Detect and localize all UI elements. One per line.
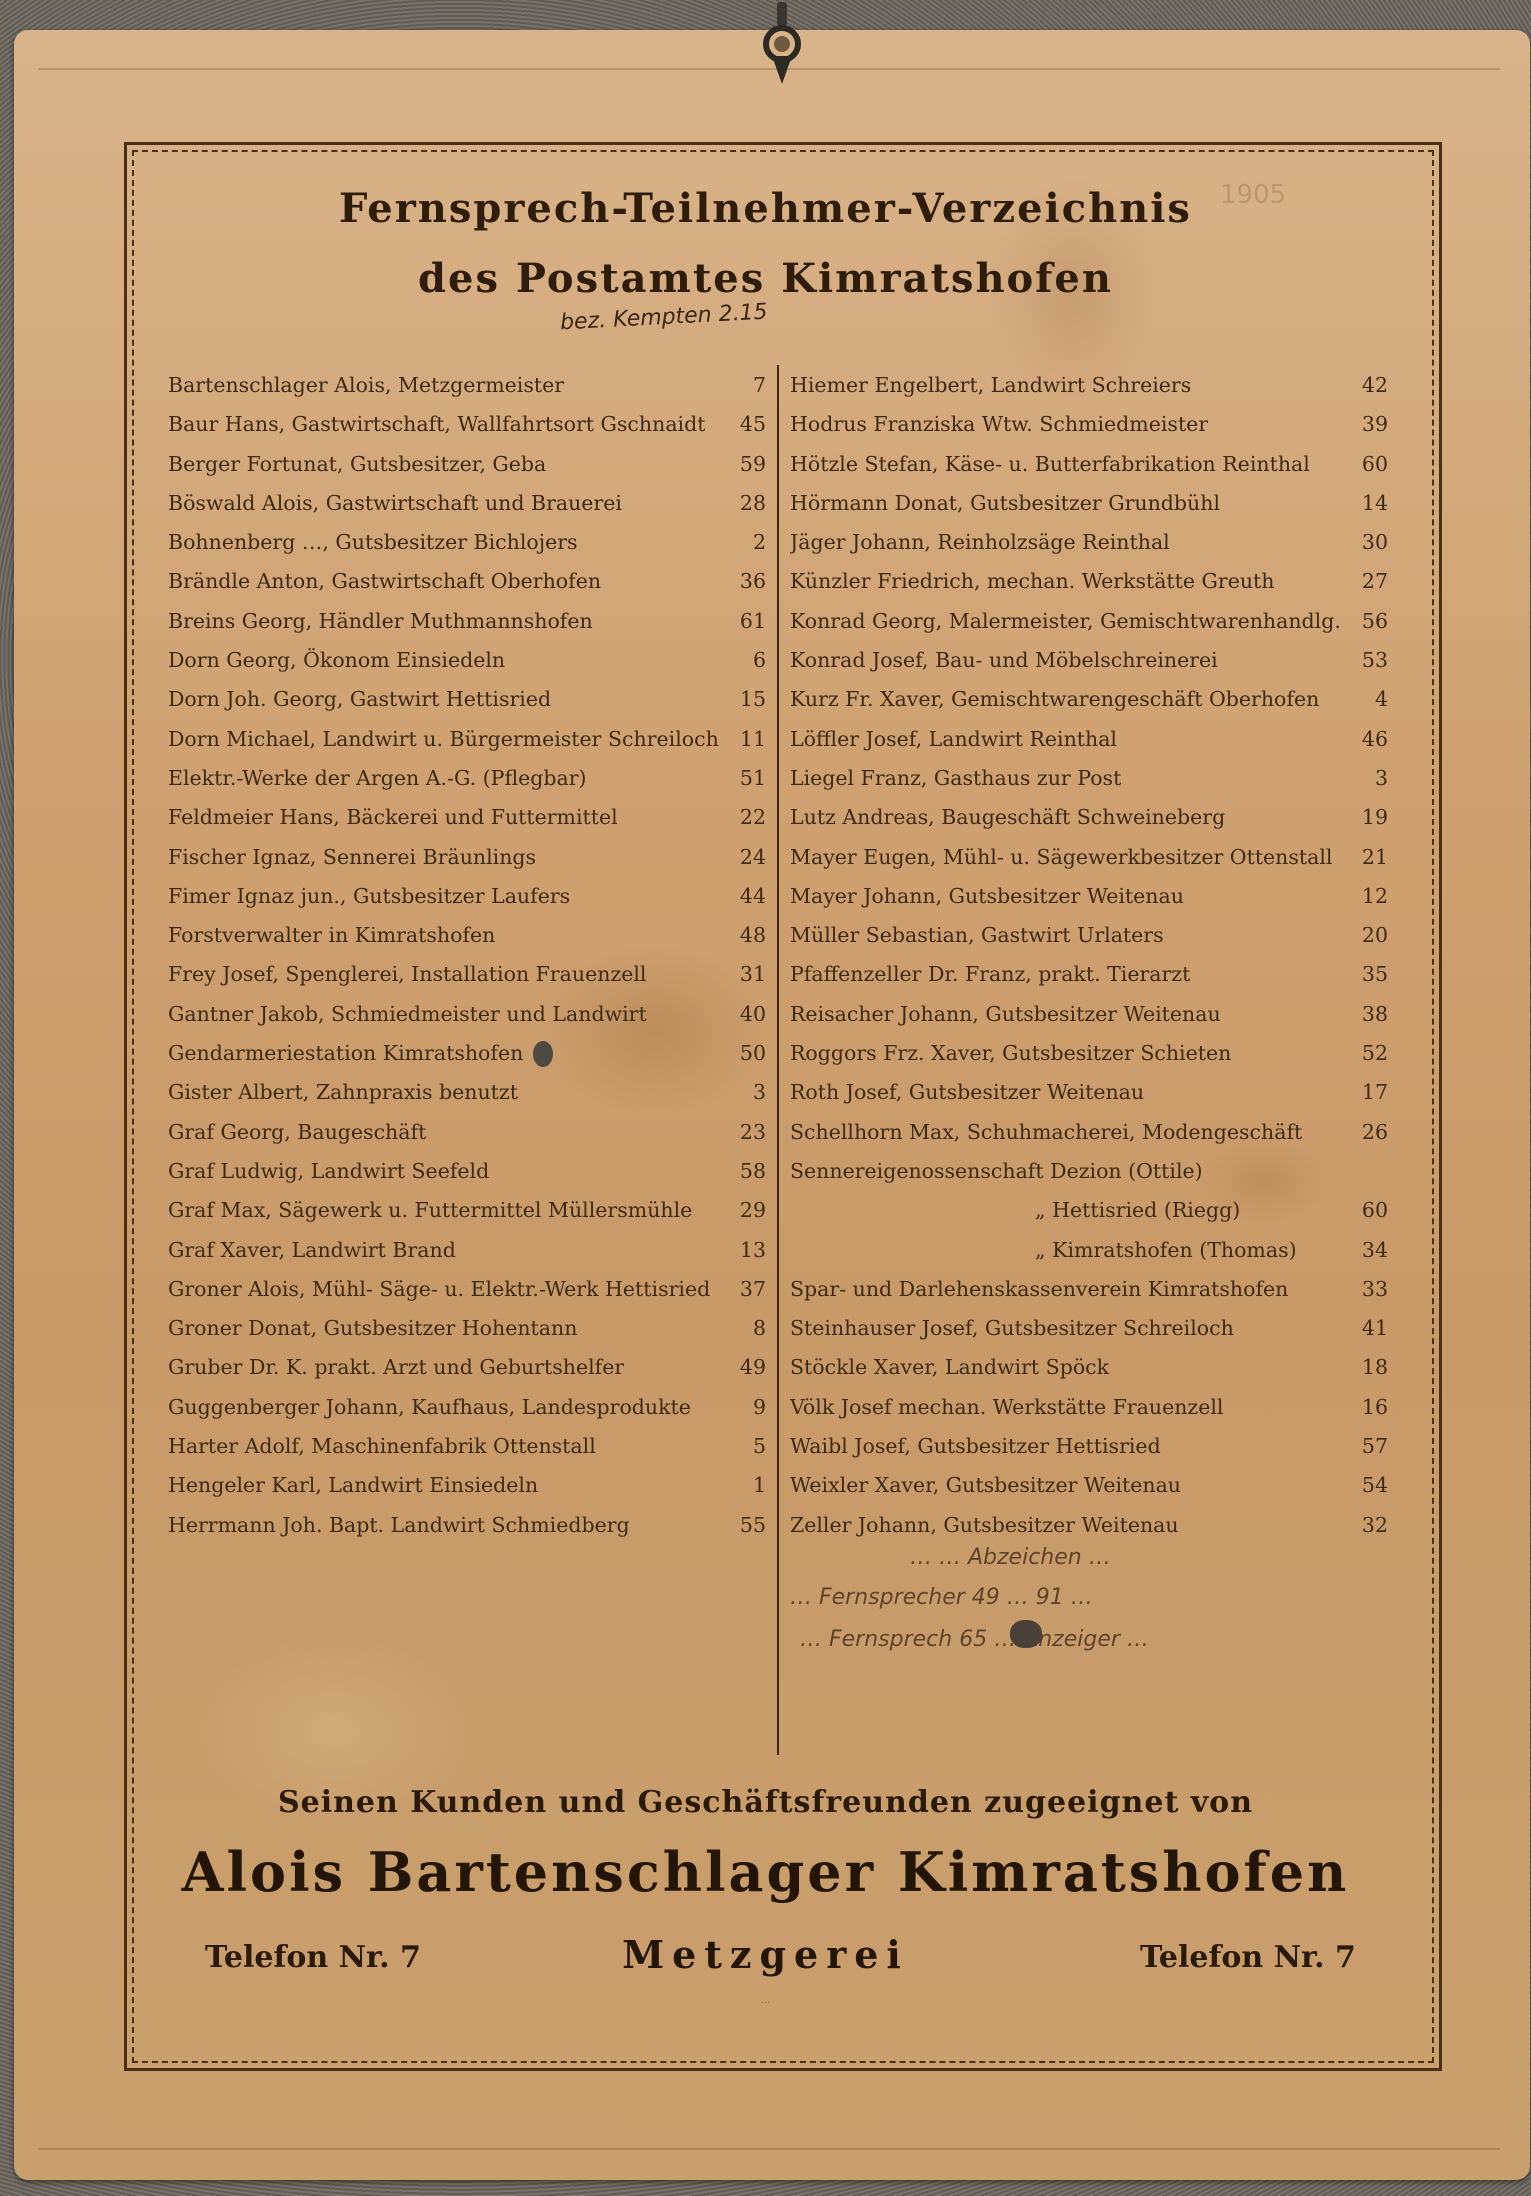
subscriber-name: Frey Josef, Spenglerei, Installation Fra…: [168, 955, 647, 994]
phone-number: 49: [732, 1348, 766, 1387]
subscriber-entry: Fischer Ignaz, Sennerei Bräunlings24: [168, 838, 766, 877]
subscriber-entry: Frey Josef, Spenglerei, Installation Fra…: [168, 955, 766, 994]
phone-number: 56: [1354, 602, 1388, 641]
subscriber-name: Fimer Ignaz jun., Gutsbesitzer Laufers: [168, 877, 570, 916]
phone-number: 50: [732, 1034, 766, 1073]
subscriber-entry: Roggors Frz. Xaver, Gutsbesitzer Schiete…: [790, 1034, 1388, 1073]
subscriber-name: Guggenberger Johann, Kaufhaus, Landespro…: [168, 1388, 691, 1427]
subscriber-name: Bohnenberg …, Gutsbesitzer Bichlojers: [168, 523, 578, 562]
phone-number: 9: [732, 1388, 766, 1427]
phone-number: 8: [732, 1309, 766, 1348]
subscriber-name: Herrmann Joh. Bapt. Landwirt Schmiedberg: [168, 1506, 630, 1545]
phone-number: 32: [1354, 1506, 1388, 1545]
footer-dedication: Seinen Kunden und Geschäftsfreunden zuge…: [0, 1785, 1531, 1820]
handwritten-line-3: … Fernsprech 65 … Anzeiger …: [800, 1627, 1149, 1652]
subscriber-entry: Bartenschlager Alois, Metzgermeister7: [168, 366, 766, 405]
subscriber-name: Feldmeier Hans, Bäckerei und Futtermitte…: [168, 798, 618, 837]
phone-number: 23: [732, 1113, 766, 1152]
phone-number: 5: [732, 1427, 766, 1466]
subscriber-name: Forstverwalter in Kimratshofen: [168, 916, 495, 955]
subscriber-entry: Hörmann Donat, Gutsbesitzer Grundbühl14: [790, 484, 1388, 523]
subscriber-entry: Harter Adolf, Maschinenfabrik Ottenstall…: [168, 1427, 766, 1466]
subscriber-entry: Groner Donat, Gutsbesitzer Hohentann8: [168, 1309, 766, 1348]
phone-number: 44: [732, 877, 766, 916]
subscriber-name: Künzler Friedrich, mechan. Werkstätte Gr…: [790, 562, 1275, 601]
subscriber-entry: Roth Josef, Gutsbesitzer Weitenau17: [790, 1073, 1388, 1112]
subscriber-entry: Hiemer Engelbert, Landwirt Schreiers42: [790, 366, 1388, 405]
phone-number: 16: [1354, 1388, 1388, 1427]
subscriber-entry: Mayer Eugen, Mühl- u. Sägewerkbesitzer O…: [790, 838, 1388, 877]
phone-number: 40: [732, 995, 766, 1034]
subscriber-entry: Feldmeier Hans, Bäckerei und Futtermitte…: [168, 798, 766, 837]
subscriber-entry: Herrmann Joh. Bapt. Landwirt Schmiedberg…: [168, 1506, 766, 1545]
subscriber-name: Harter Adolf, Maschinenfabrik Ottenstall: [168, 1427, 596, 1466]
phone-number: 37: [732, 1270, 766, 1309]
phone-number: 34: [1354, 1231, 1388, 1270]
subscriber-name: Graf Ludwig, Landwirt Seefeld: [168, 1152, 489, 1191]
phone-number: 29: [732, 1191, 766, 1230]
subscriber-entry: „ Kimratshofen (Thomas)34: [790, 1231, 1388, 1270]
phone-number: 28: [732, 484, 766, 523]
subscriber-name: „ Hettisried (Riegg): [790, 1191, 1240, 1230]
subscriber-name: Brändle Anton, Gastwirtschaft Oberhofen: [168, 562, 601, 601]
phone-number: 48: [732, 916, 766, 955]
subscriber-entry: Berger Fortunat, Gutsbesitzer, Geba59: [168, 445, 766, 484]
subscriber-entry: Dorn Georg, Ökonom Einsiedeln6: [168, 641, 766, 680]
phone-number: 26: [1354, 1113, 1388, 1152]
subscriber-entry: Graf Ludwig, Landwirt Seefeld58: [168, 1152, 766, 1191]
subscriber-entry: Guggenberger Johann, Kaufhaus, Landespro…: [168, 1388, 766, 1427]
subscriber-name: Reisacher Johann, Gutsbesitzer Weitenau: [790, 995, 1221, 1034]
subscriber-name: Gendarmeriestation Kimratshofen: [168, 1034, 523, 1073]
subscriber-name: Sennereigenossenschaft Dezion (Ottile): [790, 1152, 1203, 1191]
subscriber-entry: Gruber Dr. K. prakt. Arzt und Geburtshel…: [168, 1348, 766, 1387]
column-divider: [777, 365, 779, 1755]
subscriber-name: „ Kimratshofen (Thomas): [790, 1231, 1297, 1270]
phone-number: 35: [1354, 955, 1388, 994]
phone-number: 39: [1354, 405, 1388, 444]
subscriber-entry: Völk Josef mechan. Werkstätte Frauenzell…: [790, 1388, 1388, 1427]
subscriber-name: Hiemer Engelbert, Landwirt Schreiers: [790, 366, 1191, 405]
phone-number: 45: [732, 405, 766, 444]
handwritten-line-1: … … Abzeichen …: [910, 1545, 1111, 1570]
subscriber-name: Graf Georg, Baugeschäft: [168, 1113, 426, 1152]
subscriber-name: Graf Max, Sägewerk u. Futtermittel Mülle…: [168, 1191, 692, 1230]
subscriber-name: Waibl Josef, Gutsbesitzer Hettisried: [790, 1427, 1161, 1466]
subscriber-entry: Baur Hans, Gastwirtschaft, Wallfahrtsort…: [168, 405, 766, 444]
advertiser-name: Alois Bartenschlager Kimratshofen: [0, 1840, 1531, 1904]
subscriber-name: Dorn Michael, Landwirt u. Bürgermeister …: [168, 720, 719, 759]
phone-number: 17: [1354, 1073, 1388, 1112]
subscriber-name: Berger Fortunat, Gutsbesitzer, Geba: [168, 445, 546, 484]
subscriber-name: Gantner Jakob, Schmiedmeister und Landwi…: [168, 995, 647, 1034]
subscriber-name: Hengeler Karl, Landwirt Einsiedeln: [168, 1466, 538, 1505]
subscriber-entry: Spar- und Darlehenskassenverein Kimratsh…: [790, 1270, 1388, 1309]
subscriber-name: Lutz Andreas, Baugeschäft Schweineberg: [790, 798, 1225, 837]
phone-number: 53: [1354, 641, 1388, 680]
subscriber-name: Böswald Alois, Gastwirtschaft und Brauer…: [168, 484, 622, 523]
subscriber-entry: Pfaffenzeller Dr. Franz, prakt. Tierarzt…: [790, 955, 1388, 994]
printer-note: …: [0, 1995, 1531, 2006]
subscriber-name: Graf Xaver, Landwirt Brand: [168, 1231, 456, 1270]
subscriber-name: Zeller Johann, Gutsbesitzer Weitenau: [790, 1506, 1179, 1545]
subscriber-entry: Dorn Michael, Landwirt u. Bürgermeister …: [168, 720, 766, 759]
subscriber-entry: Fimer Ignaz jun., Gutsbesitzer Laufers44: [168, 877, 766, 916]
subscriber-entry: Hengeler Karl, Landwirt Einsiedeln1: [168, 1466, 766, 1505]
phone-number: 31: [732, 955, 766, 994]
subscriber-entry: Kurz Fr. Xaver, Gemischtwarengeschäft Ob…: [790, 680, 1388, 719]
subscriber-name: Völk Josef mechan. Werkstätte Frauenzell: [790, 1388, 1223, 1427]
subscriber-entry: Sennereigenossenschaft Dezion (Ottile): [790, 1152, 1388, 1191]
subscriber-entry: Lutz Andreas, Baugeschäft Schweineberg19: [790, 798, 1388, 837]
subscriber-name: Hötzle Stefan, Käse- u. Butterfabrikatio…: [790, 445, 1310, 484]
subscriber-entry: Gister Albert, Zahnpraxis benutzt3: [168, 1073, 766, 1112]
subscriber-name: Löffler Josef, Landwirt Reinthal: [790, 720, 1117, 759]
handwritten-line-2: … Fernsprecher 49 … 91 …: [790, 1585, 1093, 1610]
subscriber-entry: Brändle Anton, Gastwirtschaft Oberhofen3…: [168, 562, 766, 601]
subscriber-entry: Hodrus Franziska Wtw. Schmiedmeister39: [790, 405, 1388, 444]
phone-number: 6: [732, 641, 766, 680]
subscriber-entry: Dorn Joh. Georg, Gastwirt Hettisried15: [168, 680, 766, 719]
subscriber-entry: „ Hettisried (Riegg)60: [790, 1191, 1388, 1230]
subscriber-entry: Schellhorn Max, Schuhmacherei, Modengesc…: [790, 1113, 1388, 1152]
ink-spot: [533, 1041, 553, 1067]
subscriber-entry: Müller Sebastian, Gastwirt Urlaters20: [790, 916, 1388, 955]
phone-number: 60: [1354, 445, 1388, 484]
phone-number: 20: [1354, 916, 1388, 955]
subscriber-entry: Bohnenberg …, Gutsbesitzer Bichlojers2: [168, 523, 766, 562]
phone-number: 38: [1354, 995, 1388, 1034]
phone-number: 60: [1354, 1191, 1388, 1230]
subscriber-name: Roggors Frz. Xaver, Gutsbesitzer Schiete…: [790, 1034, 1231, 1073]
phone-number: 19: [1354, 798, 1388, 837]
phone-number: 54: [1354, 1466, 1388, 1505]
subscriber-entry: Künzler Friedrich, mechan. Werkstätte Gr…: [790, 562, 1388, 601]
phone-number: 3: [732, 1073, 766, 1112]
subscriber-entry: Reisacher Johann, Gutsbesitzer Weitenau3…: [790, 995, 1388, 1034]
subscriber-entry: Liegel Franz, Gasthaus zur Post3: [790, 759, 1388, 798]
subscriber-name: Breins Georg, Händler Muthmannshofen: [168, 602, 593, 641]
subscriber-entry: Steinhauser Josef, Gutsbesitzer Schreilo…: [790, 1309, 1388, 1348]
subscriber-name: Konrad Georg, Malermeister, Gemischtware…: [790, 602, 1341, 641]
phone-number: 12: [1354, 877, 1388, 916]
document-title: Fernsprech-Teilnehmer-Verzeichnis: [0, 185, 1531, 232]
phone-number: 15: [732, 680, 766, 719]
phone-number: 1: [732, 1466, 766, 1505]
phone-number: 36: [732, 562, 766, 601]
subscriber-entry: Graf Max, Sägewerk u. Futtermittel Mülle…: [168, 1191, 766, 1230]
subscriber-entry: Elektr.-Werke der Argen A.-G. (Pflegbar)…: [168, 759, 766, 798]
phone-number: 51: [732, 759, 766, 798]
phone-number: 58: [732, 1152, 766, 1191]
subscriber-name: Liegel Franz, Gasthaus zur Post: [790, 759, 1121, 798]
subscriber-name: Jäger Johann, Reinholzsäge Reinthal: [790, 523, 1170, 562]
subscriber-entry: Konrad Georg, Malermeister, Gemischtware…: [790, 602, 1388, 641]
subscriber-name: Pfaffenzeller Dr. Franz, prakt. Tierarzt: [790, 955, 1190, 994]
phone-number: 18: [1354, 1348, 1388, 1387]
phone-number: 41: [1354, 1309, 1388, 1348]
subscriber-name: Hörmann Donat, Gutsbesitzer Grundbühl: [790, 484, 1220, 523]
phone-number: 27: [1354, 562, 1388, 601]
phone-number: 7: [732, 366, 766, 405]
subscriber-name: Müller Sebastian, Gastwirt Urlaters: [790, 916, 1164, 955]
subscriber-name: Bartenschlager Alois, Metzgermeister: [168, 366, 564, 405]
subscriber-list-right: Hiemer Engelbert, Landwirt Schreiers42Ho…: [790, 366, 1388, 1545]
subscriber-name: Hodrus Franziska Wtw. Schmiedmeister: [790, 405, 1208, 444]
subscriber-entry: Forstverwalter in Kimratshofen48: [168, 916, 766, 955]
subscriber-name: Roth Josef, Gutsbesitzer Weitenau: [790, 1073, 1144, 1112]
phone-number: 14: [1354, 484, 1388, 523]
subscriber-entry: Groner Alois, Mühl- Säge- u. Elektr.-Wer…: [168, 1270, 766, 1309]
phone-number: 55: [732, 1506, 766, 1545]
phone-number: 11: [732, 720, 766, 759]
subscriber-entry: Mayer Johann, Gutsbesitzer Weitenau12: [790, 877, 1388, 916]
metal-hanger-icon: [760, 0, 804, 90]
subscriber-entry: Löffler Josef, Landwirt Reinthal46: [790, 720, 1388, 759]
phone-number: 3: [1354, 759, 1388, 798]
subscriber-name: Spar- und Darlehenskassenverein Kimratsh…: [790, 1270, 1288, 1309]
subscriber-name: Weixler Xaver, Gutsbesitzer Weitenau: [790, 1466, 1181, 1505]
subscriber-name: Fischer Ignaz, Sennerei Bräunlings: [168, 838, 536, 877]
subscriber-name: Stöckle Xaver, Landwirt Spöck: [790, 1348, 1109, 1387]
phone-number: 52: [1354, 1034, 1388, 1073]
subscriber-name: Baur Hans, Gastwirtschaft, Wallfahrtsort…: [168, 405, 705, 444]
subscriber-entry: Hötzle Stefan, Käse- u. Butterfabrikatio…: [790, 445, 1388, 484]
phone-number: 30: [1354, 523, 1388, 562]
subscriber-name: Mayer Eugen, Mühl- u. Sägewerkbesitzer O…: [790, 838, 1332, 877]
phone-number: [1354, 1152, 1388, 1191]
phone-number: 24: [732, 838, 766, 877]
subscriber-entry: Waibl Josef, Gutsbesitzer Hettisried57: [790, 1427, 1388, 1466]
subscriber-name: Mayer Johann, Gutsbesitzer Weitenau: [790, 877, 1184, 916]
phone-number: 22: [732, 798, 766, 837]
phone-number: 33: [1354, 1270, 1388, 1309]
subscriber-name: Gister Albert, Zahnpraxis benutzt: [168, 1073, 518, 1112]
phone-number: 2: [732, 523, 766, 562]
phone-number: 21: [1354, 838, 1388, 877]
document-subtitle: des Postamtes Kimratshofen: [0, 255, 1531, 302]
subscriber-name: Groner Alois, Mühl- Säge- u. Elektr.-Wer…: [168, 1270, 710, 1309]
subscriber-entry: Weixler Xaver, Gutsbesitzer Weitenau54: [790, 1466, 1388, 1505]
subscriber-entry: Stöckle Xaver, Landwirt Spöck18: [790, 1348, 1388, 1387]
handwritten-notes: … … Abzeichen … … Fernsprecher 49 … 91 ……: [790, 1545, 1390, 1695]
subscriber-name: Dorn Joh. Georg, Gastwirt Hettisried: [168, 680, 551, 719]
subscriber-entry: Breins Georg, Händler Muthmannshofen61: [168, 602, 766, 641]
subscriber-entry: Graf Xaver, Landwirt Brand13: [168, 1231, 766, 1270]
subscriber-name: Steinhauser Josef, Gutsbesitzer Schreilo…: [790, 1309, 1234, 1348]
subscriber-entry: Konrad Josef, Bau- und Möbelschreinerei5…: [790, 641, 1388, 680]
phone-number: 4: [1354, 680, 1388, 719]
phone-number: 42: [1354, 366, 1388, 405]
subscriber-entry: Gendarmeriestation Kimratshofen50: [168, 1034, 766, 1073]
subscriber-name: Gruber Dr. K. prakt. Arzt und Geburtshel…: [168, 1348, 624, 1387]
telefon-right: Telefon Nr. 7: [1140, 1940, 1356, 1975]
phone-number: 61: [732, 602, 766, 641]
phone-number: 57: [1354, 1427, 1388, 1466]
subscriber-name: Elektr.-Werke der Argen A.-G. (Pflegbar): [168, 759, 587, 798]
subscriber-name: Groner Donat, Gutsbesitzer Hohentann: [168, 1309, 577, 1348]
subscriber-entry: Jäger Johann, Reinholzsäge Reinthal30: [790, 523, 1388, 562]
subscriber-name: Kurz Fr. Xaver, Gemischtwarengeschäft Ob…: [790, 680, 1319, 719]
subscriber-name: Schellhorn Max, Schuhmacherei, Modengesc…: [790, 1113, 1302, 1152]
phone-number: 59: [732, 445, 766, 484]
subscriber-entry: Zeller Johann, Gutsbesitzer Weitenau32: [790, 1506, 1388, 1545]
subscriber-entry: Graf Georg, Baugeschäft23: [168, 1113, 766, 1152]
subscriber-entry: Gantner Jakob, Schmiedmeister und Landwi…: [168, 995, 766, 1034]
subscriber-list-left: Bartenschlager Alois, Metzgermeister7Bau…: [168, 366, 766, 1545]
subscriber-name: Dorn Georg, Ökonom Einsiedeln: [168, 641, 505, 680]
subscriber-entry: Böswald Alois, Gastwirtschaft und Brauer…: [168, 484, 766, 523]
subscriber-name: Konrad Josef, Bau- und Möbelschreinerei: [790, 641, 1218, 680]
phone-number: 46: [1354, 720, 1388, 759]
phone-number: 13: [732, 1231, 766, 1270]
ink-blot: [1010, 1620, 1042, 1648]
